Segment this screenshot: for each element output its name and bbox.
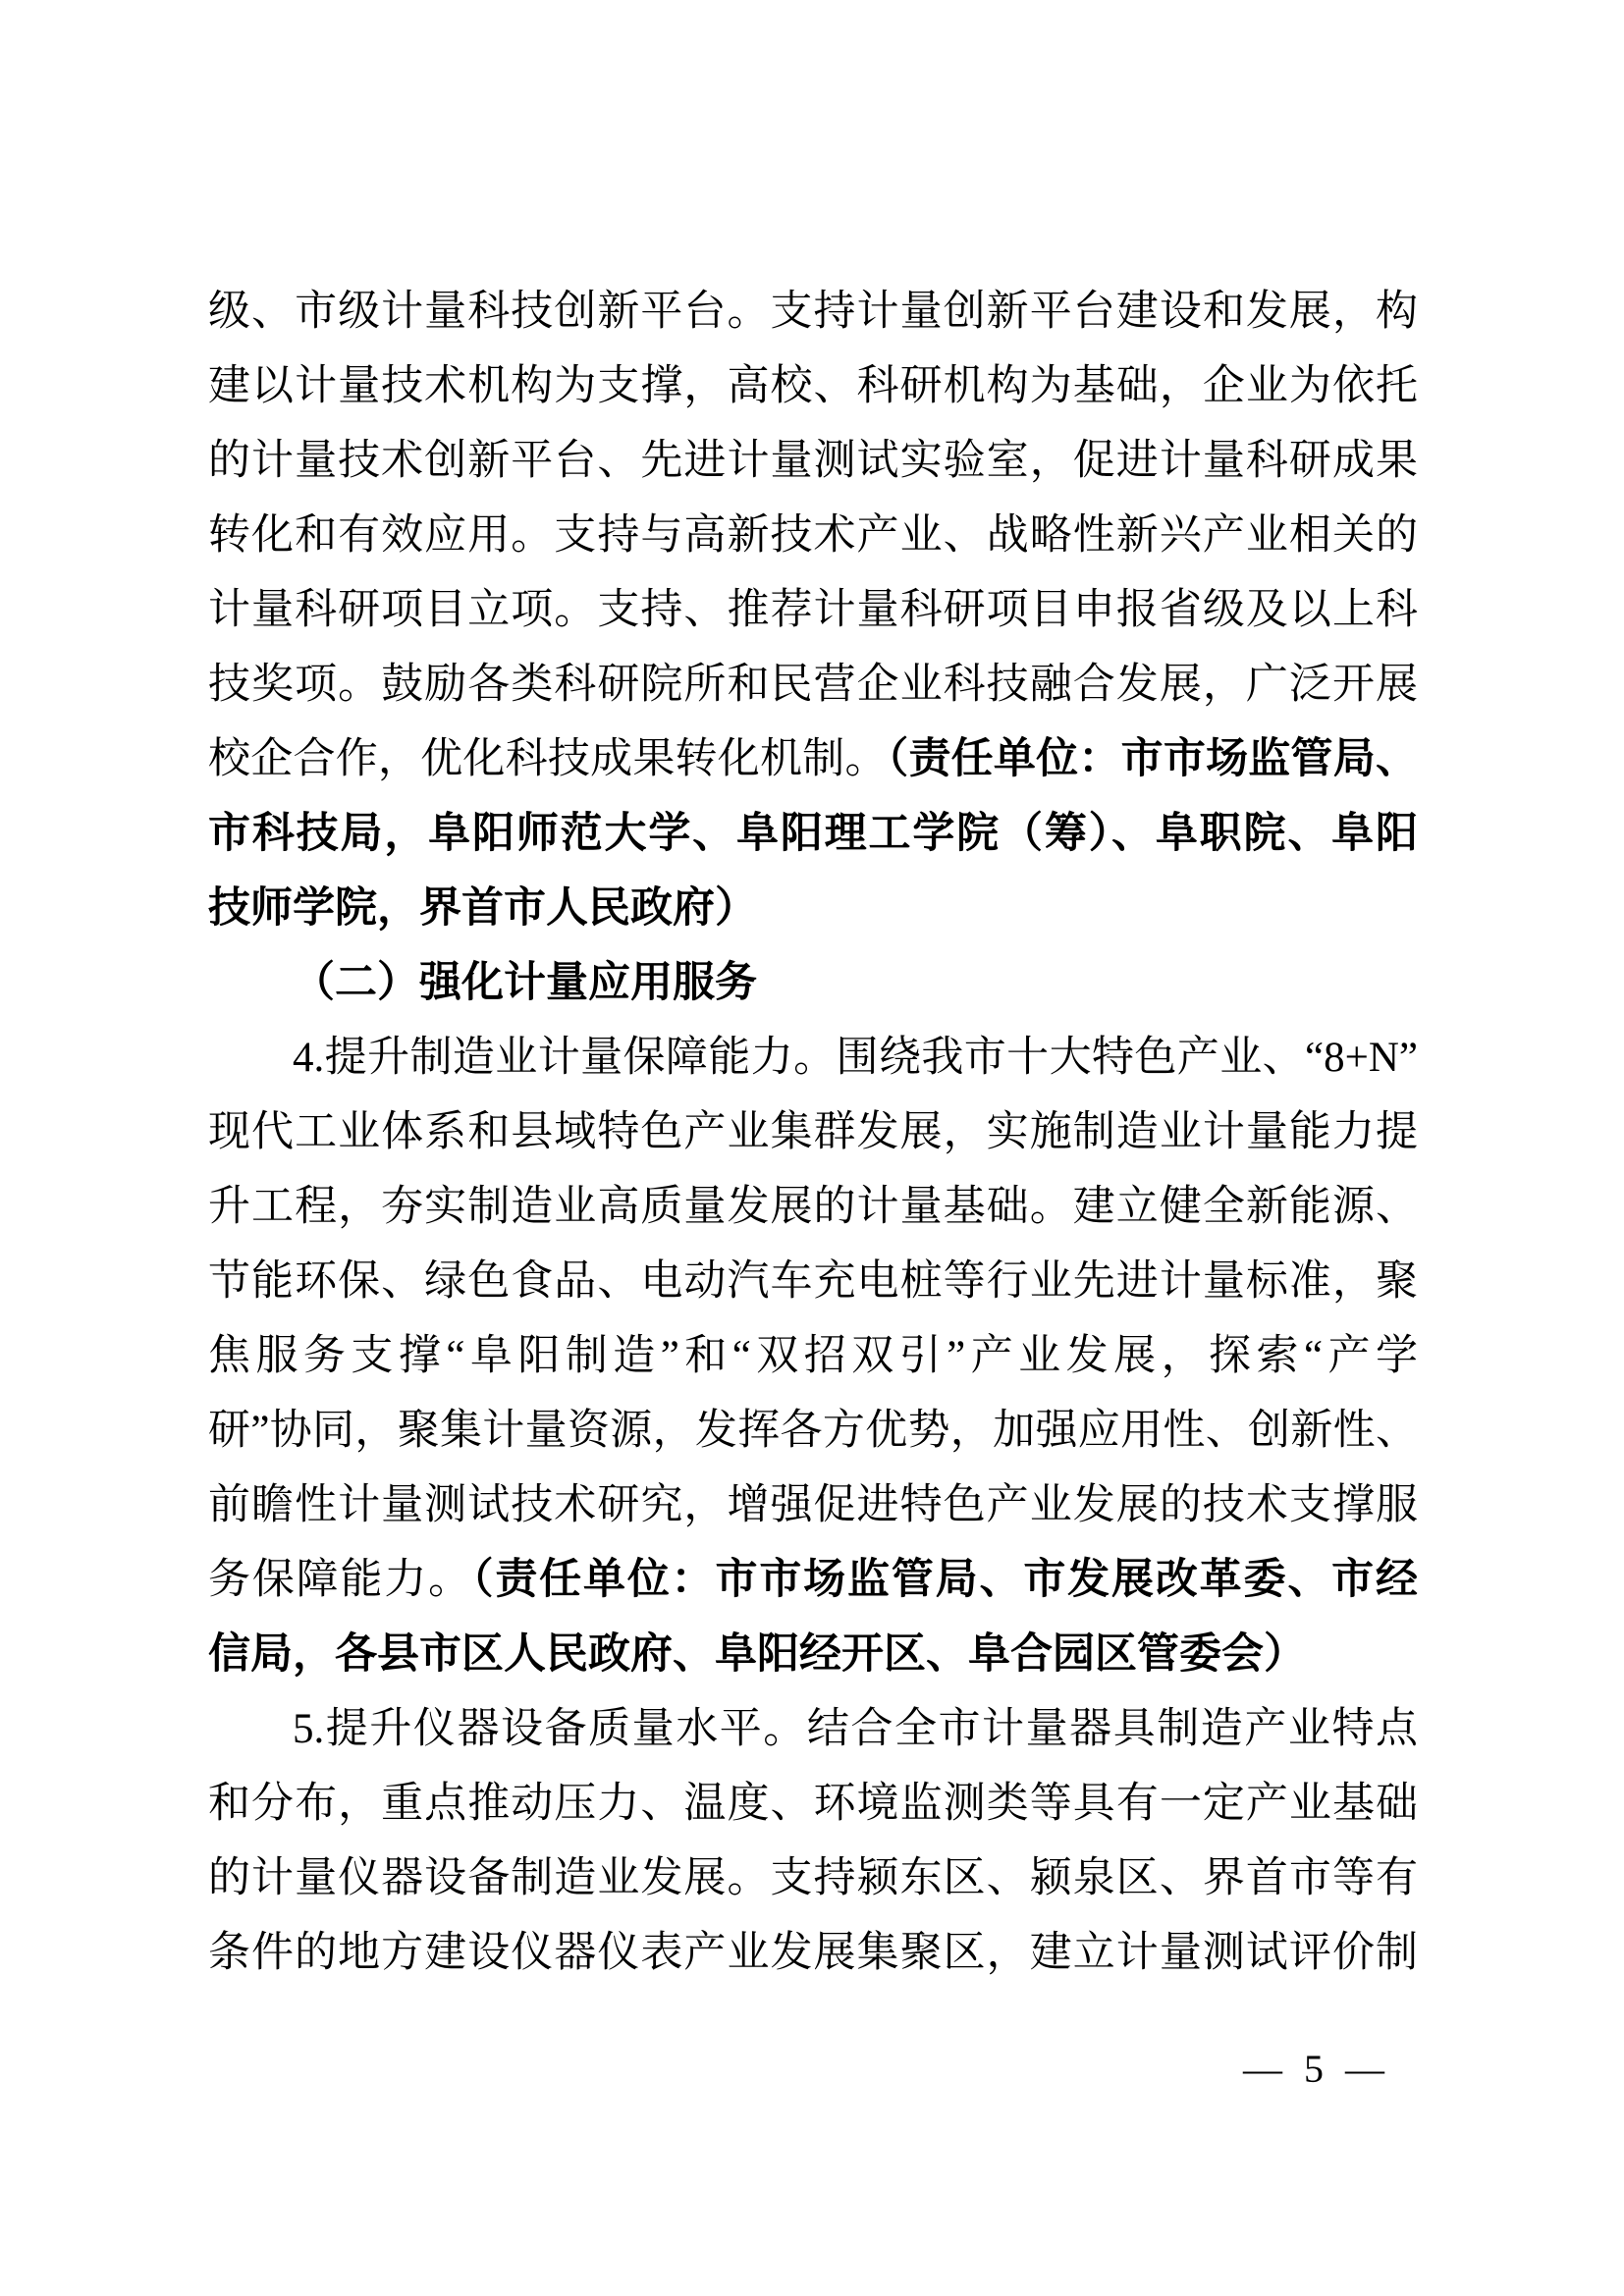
text-segment: 的计量技术创新平台、先进计量测试实验室，促进计量科研成果 bbox=[208, 438, 1418, 484]
text-segment: 焦服务支撑“阜阳制造”和“双招双引”产业发展，探索“产学 bbox=[208, 1333, 1418, 1379]
bold-text-segment: （二）强化计量应用服务 bbox=[293, 960, 757, 1006]
text-segment: 的计量仪器设备制造业发展。支持颍东区、颍泉区、界首市等有 bbox=[208, 1855, 1418, 1901]
bold-text-segment: 市科技局，阜阳师范大学、阜阳理工学院（筹）、阜职院、阜阳 bbox=[208, 811, 1418, 857]
text-segment: 升工程，夯实制造业高质量发展的计量基础。建立健全新能源、 bbox=[208, 1184, 1418, 1230]
text-segment: 前瞻性计量测试技术研究，增强促进特色产业发展的技术支撑服 bbox=[208, 1482, 1418, 1528]
text-line: 市科技局，阜阳师范大学、阜阳理工学院（筹）、阜职院、阜阳 bbox=[208, 797, 1418, 872]
bold-text-segment: （责任单位：市市场监管局、 bbox=[888, 736, 1418, 782]
text-line: 前瞻性计量测试技术研究，增强促进特色产业发展的技术支撑服 bbox=[208, 1468, 1418, 1543]
text-line: 级、市级计量科技创新平台。支持计量创新平台建设和发展，构 bbox=[208, 275, 1418, 349]
text-line: 的计量仪器设备制造业发展。支持颍东区、颍泉区、界首市等有 bbox=[208, 1842, 1418, 1916]
text-line: （二）强化计量应用服务 bbox=[208, 946, 1418, 1021]
text-segment: 研”协同，聚集计量资源，发挥各方优势，加强应用性、创新性、 bbox=[208, 1408, 1418, 1454]
bold-text-segment: （责任单位：市市场监管局、市发展改革委、市经 bbox=[472, 1557, 1418, 1603]
text-line: 计量科研项目立项。支持、推荐计量科研项目申报省级及以上科 bbox=[208, 573, 1418, 648]
document-page: 级、市级计量科技创新平台。支持计量创新平台建设和发展，构建以计量技术机构为支撑，… bbox=[0, 0, 1624, 2296]
text-line: 4.提升制造业计量保障能力。围绕我市十大特色产业、“8+N” bbox=[208, 1021, 1418, 1095]
text-line: 的计量技术创新平台、先进计量测试实验室，促进计量科研成果 bbox=[208, 424, 1418, 499]
text-segment: 节能环保、绿色食品、电动汽车充电桩等行业先进计量标准，聚 bbox=[208, 1258, 1418, 1305]
text-line: 和分布，重点推动压力、温度、环境监测类等具有一定产业基础 bbox=[208, 1767, 1418, 1842]
text-line: 节能环保、绿色食品、电动汽车充电桩等行业先进计量标准，聚 bbox=[208, 1245, 1418, 1319]
text-segment: 建以计量技术机构为支撑，高校、科研机构为基础，企业为依托 bbox=[208, 363, 1418, 409]
bold-text-segment: 信局，各县市区人民政府、阜阳经开区、阜合园区管委会） bbox=[208, 1631, 1306, 1678]
text-line: 校企合作，优化科技成果转化机制。（责任单位：市市场监管局、 bbox=[208, 722, 1418, 797]
text-segment: 条件的地方建设仪器仪表产业发展集聚区，建立计量测试评价制 bbox=[208, 1930, 1418, 1976]
text-segment: 务保障能力。 bbox=[208, 1557, 472, 1603]
text-line: 信局，各县市区人民政府、阜阳经开区、阜合园区管委会） bbox=[208, 1618, 1418, 1692]
text-line: 5.提升仪器设备质量水平。结合全市计量器具制造产业特点 bbox=[208, 1692, 1418, 1767]
text-line: 焦服务支撑“阜阳制造”和“双招双引”产业发展，探索“产学 bbox=[208, 1319, 1418, 1394]
text-line: 条件的地方建设仪器仪表产业发展集聚区，建立计量测试评价制 bbox=[208, 1916, 1418, 1991]
text-segment: 和分布，重点推动压力、温度、环境监测类等具有一定产业基础 bbox=[208, 1781, 1418, 1827]
text-segment: 4.提升制造业计量保障能力。围绕我市十大特色产业、“8+N” bbox=[293, 1035, 1418, 1081]
text-line: 建以计量技术机构为支撑，高校、科研机构为基础，企业为依托 bbox=[208, 349, 1418, 424]
text-line: 转化和有效应用。支持与高新技术产业、战略性新兴产业相关的 bbox=[208, 499, 1418, 573]
text-line: 技奖项。鼓励各类科研院所和民营企业科技融合发展，广泛开展 bbox=[208, 648, 1418, 722]
page-number: — 5 — bbox=[1243, 2040, 1390, 2099]
text-line: 务保障能力。（责任单位：市市场监管局、市发展改革委、市经 bbox=[208, 1543, 1418, 1618]
text-segment: 转化和有效应用。支持与高新技术产业、战略性新兴产业相关的 bbox=[208, 512, 1418, 559]
text-line: 研”协同，聚集计量资源，发挥各方优势，加强应用性、创新性、 bbox=[208, 1394, 1418, 1468]
text-line: 升工程，夯实制造业高质量发展的计量基础。建立健全新能源、 bbox=[208, 1170, 1418, 1245]
bold-text-segment: 技师学院，界首市人民政府） bbox=[208, 885, 757, 932]
text-segment: 现代工业体系和县域特色产业集群发展，实施制造业计量能力提 bbox=[208, 1109, 1418, 1155]
text-segment: 技奖项。鼓励各类科研院所和民营企业科技融合发展，广泛开展 bbox=[208, 662, 1418, 708]
text-segment: 校企合作，优化科技成果转化机制。 bbox=[208, 736, 888, 782]
document-body: 级、市级计量科技创新平台。支持计量创新平台建设和发展，构建以计量技术机构为支撑，… bbox=[208, 275, 1418, 1991]
text-segment: 5.提升仪器设备质量水平。结合全市计量器具制造产业特点 bbox=[293, 1706, 1418, 1752]
text-line: 现代工业体系和县域特色产业集群发展，实施制造业计量能力提 bbox=[208, 1095, 1418, 1170]
text-segment: 计量科研项目立项。支持、推荐计量科研项目申报省级及以上科 bbox=[208, 587, 1418, 633]
text-line: 技师学院，界首市人民政府） bbox=[208, 872, 1418, 946]
text-segment: 级、市级计量科技创新平台。支持计量创新平台建设和发展，构 bbox=[208, 289, 1418, 335]
